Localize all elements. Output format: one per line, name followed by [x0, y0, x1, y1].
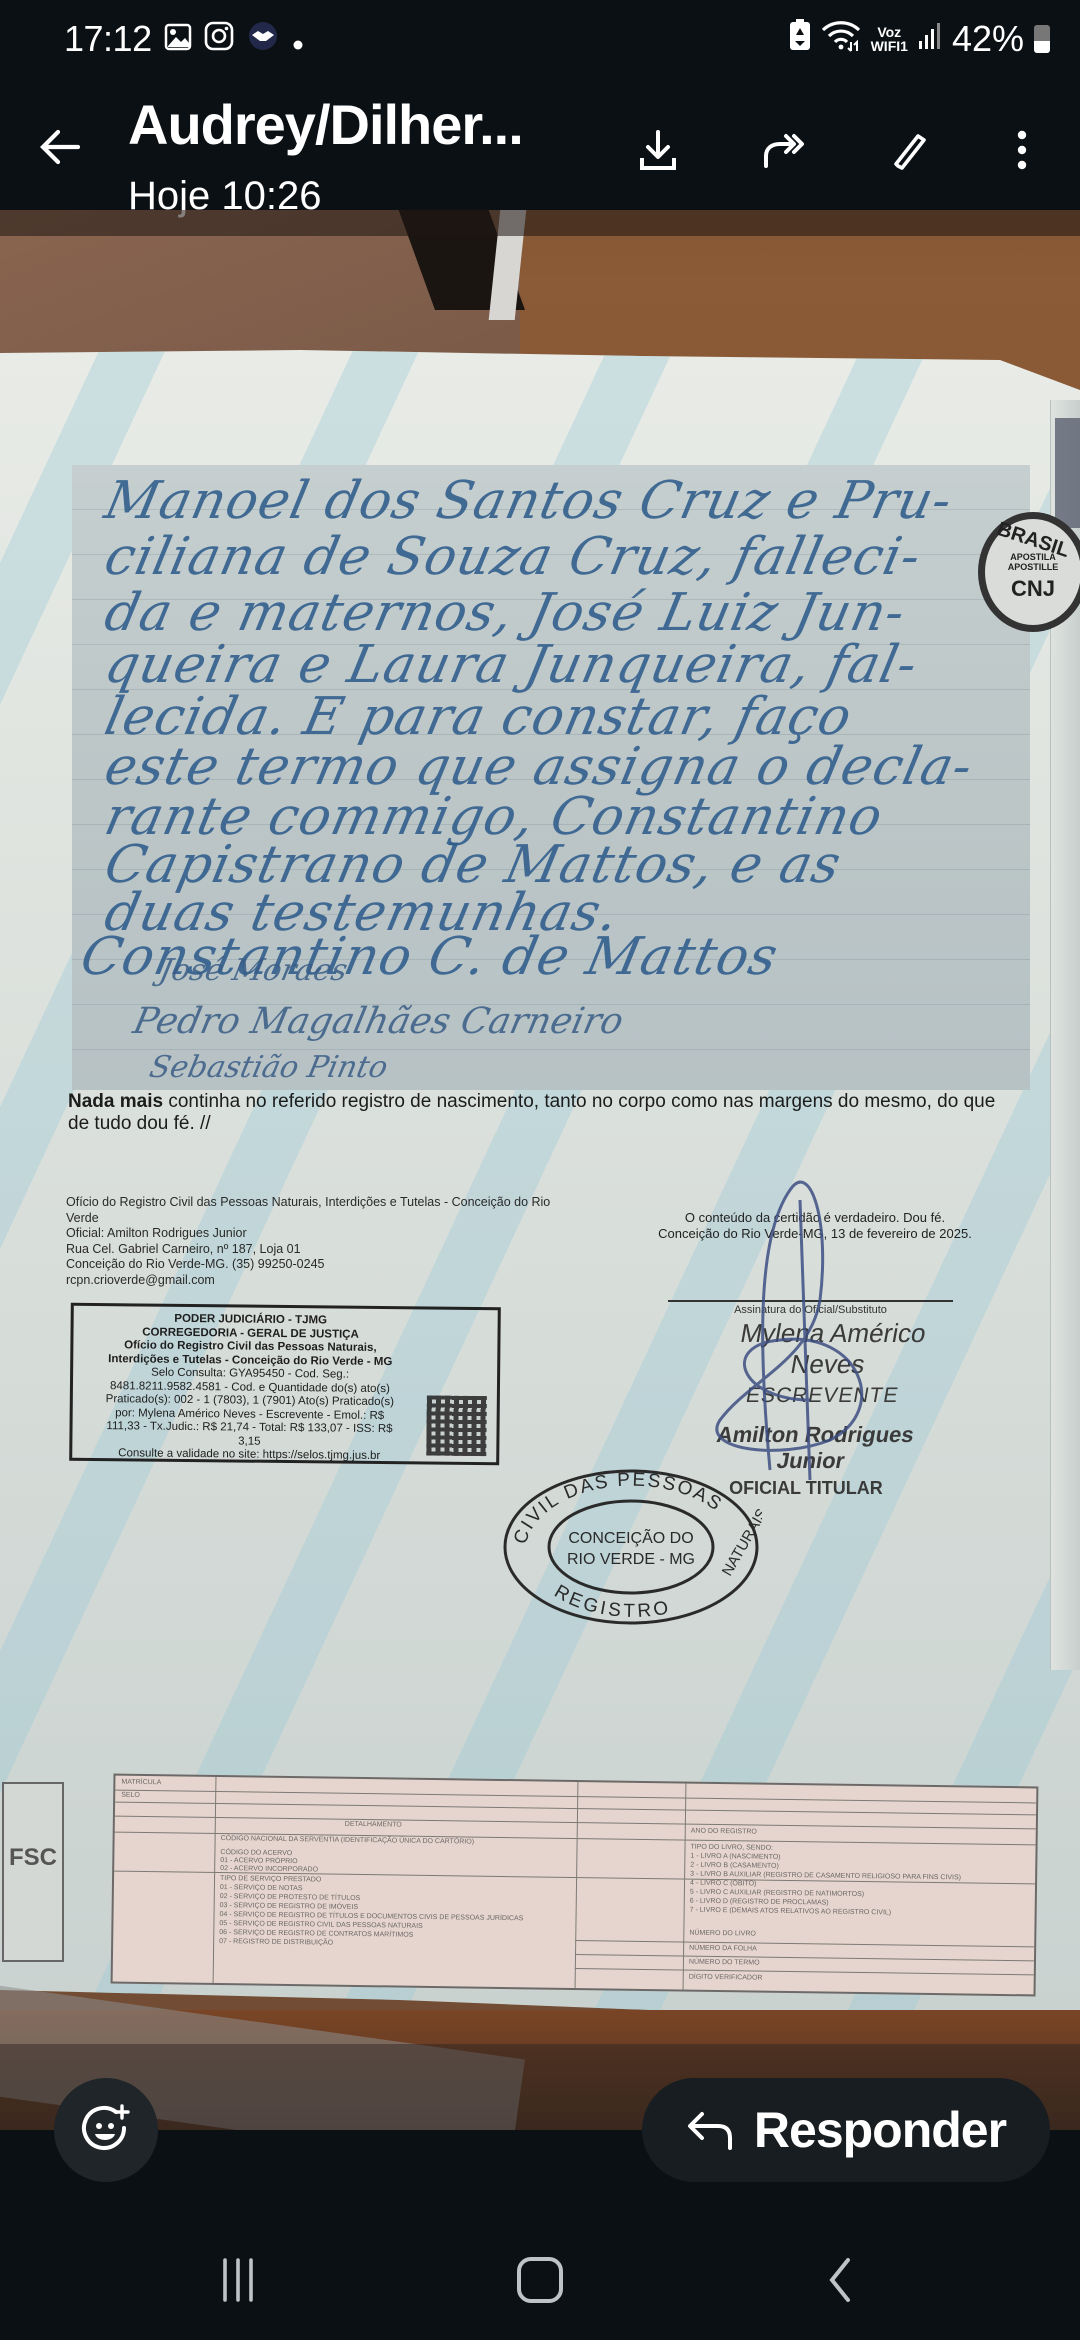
- handwritten-registry-copy: Manoel dos Santos Cruz e Pru- ciliana de…: [72, 465, 1030, 1090]
- back-button[interactable]: [36, 124, 86, 174]
- top-scrim: [0, 210, 1080, 236]
- add-reaction-button[interactable]: [54, 2078, 158, 2182]
- signal-icon: [918, 18, 942, 60]
- wifi-icon: [821, 18, 861, 61]
- judicial-seal-box: PODER JUDICIÁRIO - TJMG CORREGEDORIA - G…: [69, 1303, 501, 1465]
- svg-text:CONCEIÇÃO DO: CONCEIÇÃO DO: [568, 1527, 693, 1547]
- reply-label: Responder: [754, 2101, 1006, 2159]
- reply-arrow-icon: [686, 2108, 736, 2152]
- handshake-app-icon: [246, 18, 280, 60]
- svg-text:REGISTRO: REGISTRO: [551, 1581, 673, 1622]
- handwritten-line: da e maternos, José Luiz Jun-: [100, 583, 911, 643]
- fsc-label: FSC: [2, 1782, 64, 1962]
- chevron-left-icon: [816, 2256, 864, 2304]
- status-bar: 17:12 Voz WIFI1 42%: [0, 0, 1080, 78]
- handwritten-signature: [660, 1160, 990, 1490]
- viewer-app-bar: Audrey/Dilher... Hoje 10:26: [0, 78, 1080, 210]
- handwritten-line: Manoel dos Santos Cruz e Pru-: [100, 471, 958, 531]
- more-vertical-icon: [1000, 128, 1044, 172]
- registry-oval-stamp: CIVIL DAS PESSOAS REGISTRO CONCEIÇÃO DO …: [500, 1467, 762, 1627]
- voz-wifi-label: Voz WIFI1: [871, 25, 908, 53]
- emoji-add-icon: [80, 2104, 132, 2156]
- pencil-icon: [888, 128, 932, 172]
- gallery-icon: [164, 18, 192, 60]
- apostille-seal: BRASIL APOSTILA APOSTILLE CNJ: [978, 512, 1080, 632]
- witness-signature: Pedro Magalhães Carneiro: [130, 1001, 627, 1042]
- reply-button[interactable]: Responder: [642, 2078, 1050, 2182]
- forward-button[interactable]: [756, 122, 812, 178]
- arrow-left-icon: [38, 124, 84, 170]
- download-button[interactable]: [630, 122, 686, 178]
- witness-signature: José Moraes: [156, 953, 350, 988]
- sender-title: Audrey/Dilher...: [128, 92, 523, 157]
- certificate-detail-table: MATRÍCULA SELO DETALHAMENTO CÓDIGO NACIO…: [111, 1774, 1039, 1997]
- battery-saver-icon: [789, 18, 811, 60]
- stamp-fragment: [1055, 418, 1080, 528]
- home-icon: [514, 2254, 566, 2306]
- svg-text:RIO VERDE - MG: RIO VERDE - MG: [567, 1551, 695, 1568]
- handwritten-line: ciliana de Souza Cruz, falleci-: [100, 527, 927, 587]
- edit-button[interactable]: [882, 122, 938, 178]
- instagram-icon: [204, 18, 234, 60]
- clock: 17:12: [64, 18, 152, 60]
- home-button[interactable]: [500, 2240, 580, 2320]
- battery-percent: 42%: [952, 18, 1024, 60]
- forward-icon: [762, 128, 806, 172]
- battery-icon: [1034, 25, 1050, 53]
- nav-back-button[interactable]: [800, 2240, 880, 2320]
- recent-apps-icon: [214, 2256, 262, 2304]
- recent-apps-button[interactable]: [198, 2240, 278, 2320]
- more-options-button[interactable]: [994, 122, 1050, 178]
- download-icon: [636, 128, 680, 172]
- photo-viewer[interactable]: Manoel dos Santos Cruz e Pru- ciliana de…: [0, 0, 1080, 2340]
- closing-statement: Nada mais continha no referido registro …: [68, 1091, 1018, 1135]
- registry-office-info: Ofício do Registro Civil das Pessoas Nat…: [66, 1195, 586, 1288]
- notification-dot-icon: [292, 18, 304, 60]
- witness-signature: Sebastião Pinto: [146, 1050, 391, 1085]
- qr-code: [426, 1395, 487, 1456]
- handwritten-line: queira e Laura Junqueira, fal-: [100, 635, 923, 695]
